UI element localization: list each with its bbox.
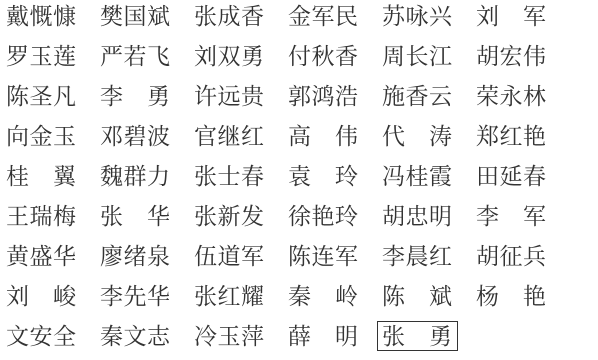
name-cell: 李先华	[100, 280, 194, 320]
name-text: 苏咏兴	[382, 5, 453, 28]
name-cell: 樊国斌	[100, 0, 194, 40]
name-text: 李 军	[476, 205, 547, 228]
name-text: 薛 明	[288, 325, 359, 348]
name-cell: 冷玉萍	[194, 320, 288, 360]
name-cell: 陈圣凡	[6, 80, 100, 120]
name-cell: 李 勇	[100, 80, 194, 120]
empty-cell	[476, 320, 570, 360]
name-cell: 周长江	[382, 40, 476, 80]
name-cell: 魏群力	[100, 160, 194, 200]
name-cell: 秦文志	[100, 320, 194, 360]
name-cell: 张 华	[100, 200, 194, 240]
name-text: 付秋香	[288, 45, 359, 68]
name-text: 樊国斌	[100, 5, 171, 28]
name-cell: 付秋香	[288, 40, 382, 80]
name-cell: 苏咏兴	[382, 0, 476, 40]
name-text: 刘双勇	[194, 45, 265, 68]
name-cell: 郑红艳	[476, 120, 570, 160]
name-cell: 胡忠明	[382, 200, 476, 240]
name-text: 秦文志	[100, 325, 171, 348]
name-cell: 田延春	[476, 160, 570, 200]
name-text: 李晨红	[382, 245, 453, 268]
name-cell: 薛 明	[288, 320, 382, 360]
name-text: 冷玉萍	[194, 325, 265, 348]
name-text: 向金玉	[6, 125, 77, 148]
name-text: 李 勇	[100, 85, 171, 108]
name-cell: 李 军	[476, 200, 570, 240]
name-cell: 陈 斌	[382, 280, 476, 320]
name-text: 许远贵	[194, 85, 265, 108]
name-cell: 金军民	[288, 0, 382, 40]
name-cell: 官继红	[194, 120, 288, 160]
name-cell: 施香云	[382, 80, 476, 120]
name-cell: 刘 峻	[6, 280, 100, 320]
name-text: 王瑞梅	[6, 205, 77, 228]
name-text: 刘 峻	[6, 285, 77, 308]
name-text: 官继红	[194, 125, 265, 148]
name-text: 郭鸿浩	[288, 85, 359, 108]
name-text: 周长江	[382, 45, 453, 68]
name-cell: 向金玉	[6, 120, 100, 160]
name-cell: 胡宏伟	[476, 40, 570, 80]
name-cell: 桂 翼	[6, 160, 100, 200]
name-text: 金军民	[288, 5, 359, 28]
name-text: 胡征兵	[476, 245, 547, 268]
name-cell: 张 勇	[382, 320, 476, 360]
name-text: 罗玉莲	[6, 45, 77, 68]
name-cell: 袁 玲	[288, 160, 382, 200]
name-text: 张成香	[194, 5, 265, 28]
name-cell: 高 伟	[288, 120, 382, 160]
name-roster-screen: 戴慨慷樊国斌张成香金军民苏咏兴刘 军罗玉莲严若飞刘双勇付秋香周长江胡宏伟陈圣凡李…	[0, 0, 598, 360]
name-text: 黄盛华	[6, 245, 77, 268]
name-text: 李先华	[100, 285, 171, 308]
name-text: 伍道军	[194, 245, 265, 268]
name-text: 代 涛	[382, 125, 453, 148]
name-text: 张士春	[194, 165, 265, 188]
name-cell: 严若飞	[100, 40, 194, 80]
name-cell: 王瑞梅	[6, 200, 100, 240]
name-cell: 郭鸿浩	[288, 80, 382, 120]
name-cell: 张士春	[194, 160, 288, 200]
name-text: 胡忠明	[382, 205, 453, 228]
name-cell: 戴慨慷	[6, 0, 100, 40]
name-text: 袁 玲	[288, 165, 359, 188]
name-cell: 杨 艳	[476, 280, 570, 320]
name-text: 徐艳玲	[288, 205, 359, 228]
name-text: 胡宏伟	[476, 45, 547, 68]
name-text: 冯桂霞	[382, 165, 453, 188]
name-cell: 许远贵	[194, 80, 288, 120]
name-text: 桂 翼	[6, 165, 77, 188]
name-text: 魏群力	[100, 165, 171, 188]
name-cell: 胡征兵	[476, 240, 570, 280]
name-cell: 文安全	[6, 320, 100, 360]
name-cell: 冯桂霞	[382, 160, 476, 200]
name-text: 张红耀	[194, 285, 265, 308]
name-cell: 张新发	[194, 200, 288, 240]
name-cell: 张成香	[194, 0, 288, 40]
name-cell: 罗玉莲	[6, 40, 100, 80]
name-text: 张 华	[100, 205, 171, 228]
name-text: 荣永林	[476, 85, 547, 108]
name-cell: 秦 岭	[288, 280, 382, 320]
name-text: 杨 艳	[476, 285, 547, 308]
name-grid: 戴慨慷樊国斌张成香金军民苏咏兴刘 军罗玉莲严若飞刘双勇付秋香周长江胡宏伟陈圣凡李…	[0, 0, 598, 360]
name-text: 严若飞	[100, 45, 171, 68]
name-cell: 刘 军	[476, 0, 570, 40]
name-text: 张新发	[194, 205, 265, 228]
name-cell: 伍道军	[194, 240, 288, 280]
name-text: 文安全	[6, 325, 77, 348]
name-text: 陈圣凡	[6, 85, 77, 108]
name-text: 郑红艳	[476, 125, 547, 148]
name-text: 高 伟	[288, 125, 359, 148]
name-text: 刘 军	[476, 5, 547, 28]
name-text: 秦 岭	[288, 285, 359, 308]
name-cell: 李晨红	[382, 240, 476, 280]
name-cell: 刘双勇	[194, 40, 288, 80]
name-text: 陈连军	[288, 245, 359, 268]
selected-name-box: 张 勇	[377, 321, 458, 351]
name-cell: 陈连军	[288, 240, 382, 280]
name-cell: 代 涛	[382, 120, 476, 160]
name-text: 戴慨慷	[6, 5, 77, 28]
name-cell: 徐艳玲	[288, 200, 382, 240]
name-cell: 荣永林	[476, 80, 570, 120]
name-text: 邓碧波	[100, 125, 171, 148]
name-text: 施香云	[382, 85, 453, 108]
name-cell: 黄盛华	[6, 240, 100, 280]
name-cell: 张红耀	[194, 280, 288, 320]
name-cell: 廖绪泉	[100, 240, 194, 280]
name-text: 陈 斌	[382, 285, 453, 308]
name-text: 田延春	[476, 165, 547, 188]
name-text: 廖绪泉	[100, 245, 171, 268]
name-cell: 邓碧波	[100, 120, 194, 160]
